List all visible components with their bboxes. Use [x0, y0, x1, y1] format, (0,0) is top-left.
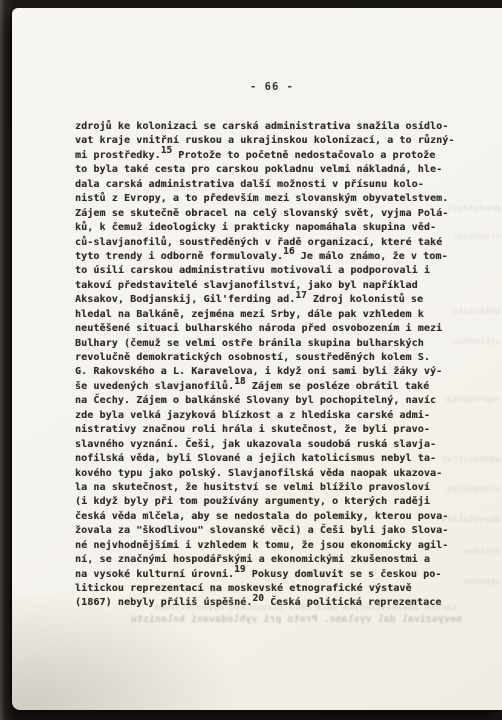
text-line: (i když byly při tom používány argumenty… [75, 496, 460, 510]
text-line: né nejvhodnějšími i vzhledem k tomu, že … [75, 540, 460, 554]
text-line: dala carská administrativa další možnost… [75, 179, 460, 193]
page-number: - 66 - [250, 81, 294, 93]
footnote-ref: 16 [283, 246, 294, 257]
text-line: la na skutečnost, že husitství se velmi … [75, 482, 460, 496]
text-line: ků, k čemuž ideologicky i prakticky napo… [75, 222, 460, 236]
footnote-ref: 19 [234, 564, 245, 575]
text-line: to úsilí carskou administrativu motivova… [75, 265, 460, 279]
text-line: še uvedených slavjanofilů.18 Zájem se po… [75, 381, 460, 395]
text-line: česká věda mlčela, aby se nedostala do p… [75, 511, 460, 525]
scan-background: - 66 - zdrojů ke kolonizaci se carská ad… [0, 0, 502, 720]
text-line: nistrativy značnou roli hrála i skutečno… [75, 424, 460, 438]
footnote-ref: 20 [253, 593, 264, 604]
text-line: to byla také cesta pro carskou pokladnu … [75, 164, 460, 178]
text-line: Aksakov, Bodjanskij, Gil'ferding ad.17 Z… [75, 294, 460, 308]
text-line: Zájem se skutečně obracel na celý slovan… [75, 208, 460, 222]
text-line: kového typu jako polský. Slavjanofilská … [75, 468, 460, 482]
footnote-ref: 15 [161, 145, 172, 156]
text-line: revolučně demokratických osobností, sous… [75, 352, 460, 366]
text-line: neutěšené situaci bulharského národa pře… [75, 323, 460, 337]
text-line: takoví představitelé slavjanofilství, ja… [75, 280, 460, 294]
text-line: ní, se značnými hospodářskými a ekonomic… [75, 554, 460, 568]
text-line: na vysoké kulturní úrovni.19 Pokusy doml… [75, 569, 460, 583]
text-line: nofilská věda, byli Slované a jejich kat… [75, 453, 460, 467]
text-line: zde byla velká jazyková blízkost a z hle… [75, 410, 460, 424]
text-line: na Čechy. Zájem o balkánské Slovany byl … [75, 395, 460, 409]
margin-showthrough-smudge: organizaci [453, 232, 501, 242]
text-line: G. Rakovského a L. Karavelova, i když on… [75, 366, 460, 380]
text-line: vat kraje vnitřní ruskou a ukrajinskou k… [75, 135, 460, 149]
text-line: tyto trendy i odborně formulovaly.16 Je … [75, 251, 460, 265]
footnote-ref: 18 [234, 376, 245, 387]
text-line: slavného vyznání. Češi, jak ukazovala so… [75, 439, 460, 453]
text-line: (1867) nebyly příliš úspěšné.20 Česká po… [75, 597, 460, 611]
text-line: žovala za "škodlivou" slovanské věci) a … [75, 525, 460, 539]
text-line: Bulhary (čemuž se velmi ostře bránila sk… [75, 338, 460, 352]
footnote-ref: 17 [295, 290, 306, 301]
showthrough-bottom-line: nevyuzival dal vyslano. Proto pri vyhled… [90, 614, 462, 625]
text-line: litickou reprezentací na moskevské etnog… [75, 583, 460, 597]
text-line: hledal na Balkáně, zejména mezi Srby, dá… [75, 309, 460, 323]
text-line: mi prostředky.15 Protože to početně nedo… [75, 150, 460, 164]
text-line: ců-slavjanofilů, soustředěných v řadě or… [75, 237, 460, 251]
text-line: zdrojů ke kolonizaci se carská administr… [75, 121, 460, 135]
paper-page: - 66 - zdrojů ke kolonizaci se carská ad… [12, 8, 502, 710]
text-line: nistů z Evropy, a to především mezi slov… [75, 193, 460, 207]
body-text: zdrojů ke kolonizaci se carská administr… [75, 121, 460, 612]
